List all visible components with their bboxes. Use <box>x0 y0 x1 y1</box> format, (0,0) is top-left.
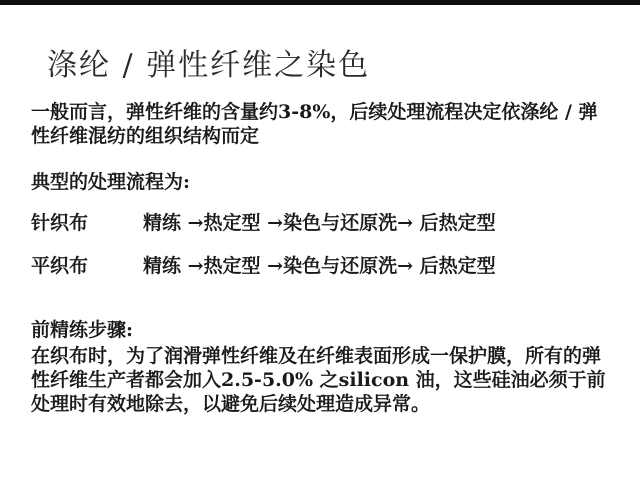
slide-title: 涤纶 / 弹性纤维之染色 <box>47 40 370 84</box>
flow-row-woven-fabric: 平织布精练 →热定型 →染色与还原洗→ 后热定型 <box>31 254 496 278</box>
process-flow-heading: 典型的处理流程为: <box>31 170 190 194</box>
fabric-type-label: 针织布 <box>31 211 143 235</box>
process-steps-text: 精练 →热定型 →染色与还原洗→ 后热定型 <box>143 212 496 234</box>
prescour-paragraph: 在织布时，为了润滑弹性纤维及在纤维表面形成一保护膜，所有的弹性纤维生产者都会加入… <box>31 344 617 416</box>
flow-row-knitted-fabric: 针织布精练 →热定型 →染色与还原洗→ 后热定型 <box>31 211 496 235</box>
prescour-steps-heading: 前精练步骤: <box>31 318 133 342</box>
presentation-slide: 涤纶 / 弹性纤维之染色 一般而言，弹性纤维的含量约3-8%，后续处理流程决定依… <box>0 0 640 482</box>
fabric-type-label: 平织布 <box>31 254 143 278</box>
top-border-bar <box>0 0 640 5</box>
intro-paragraph: 一般而言，弹性纤维的含量约3-8%，后续处理流程决定依涤纶 / 弹性纤维混纺的组… <box>31 100 615 148</box>
process-steps-text: 精练 →热定型 →染色与还原洗→ 后热定型 <box>143 255 496 277</box>
